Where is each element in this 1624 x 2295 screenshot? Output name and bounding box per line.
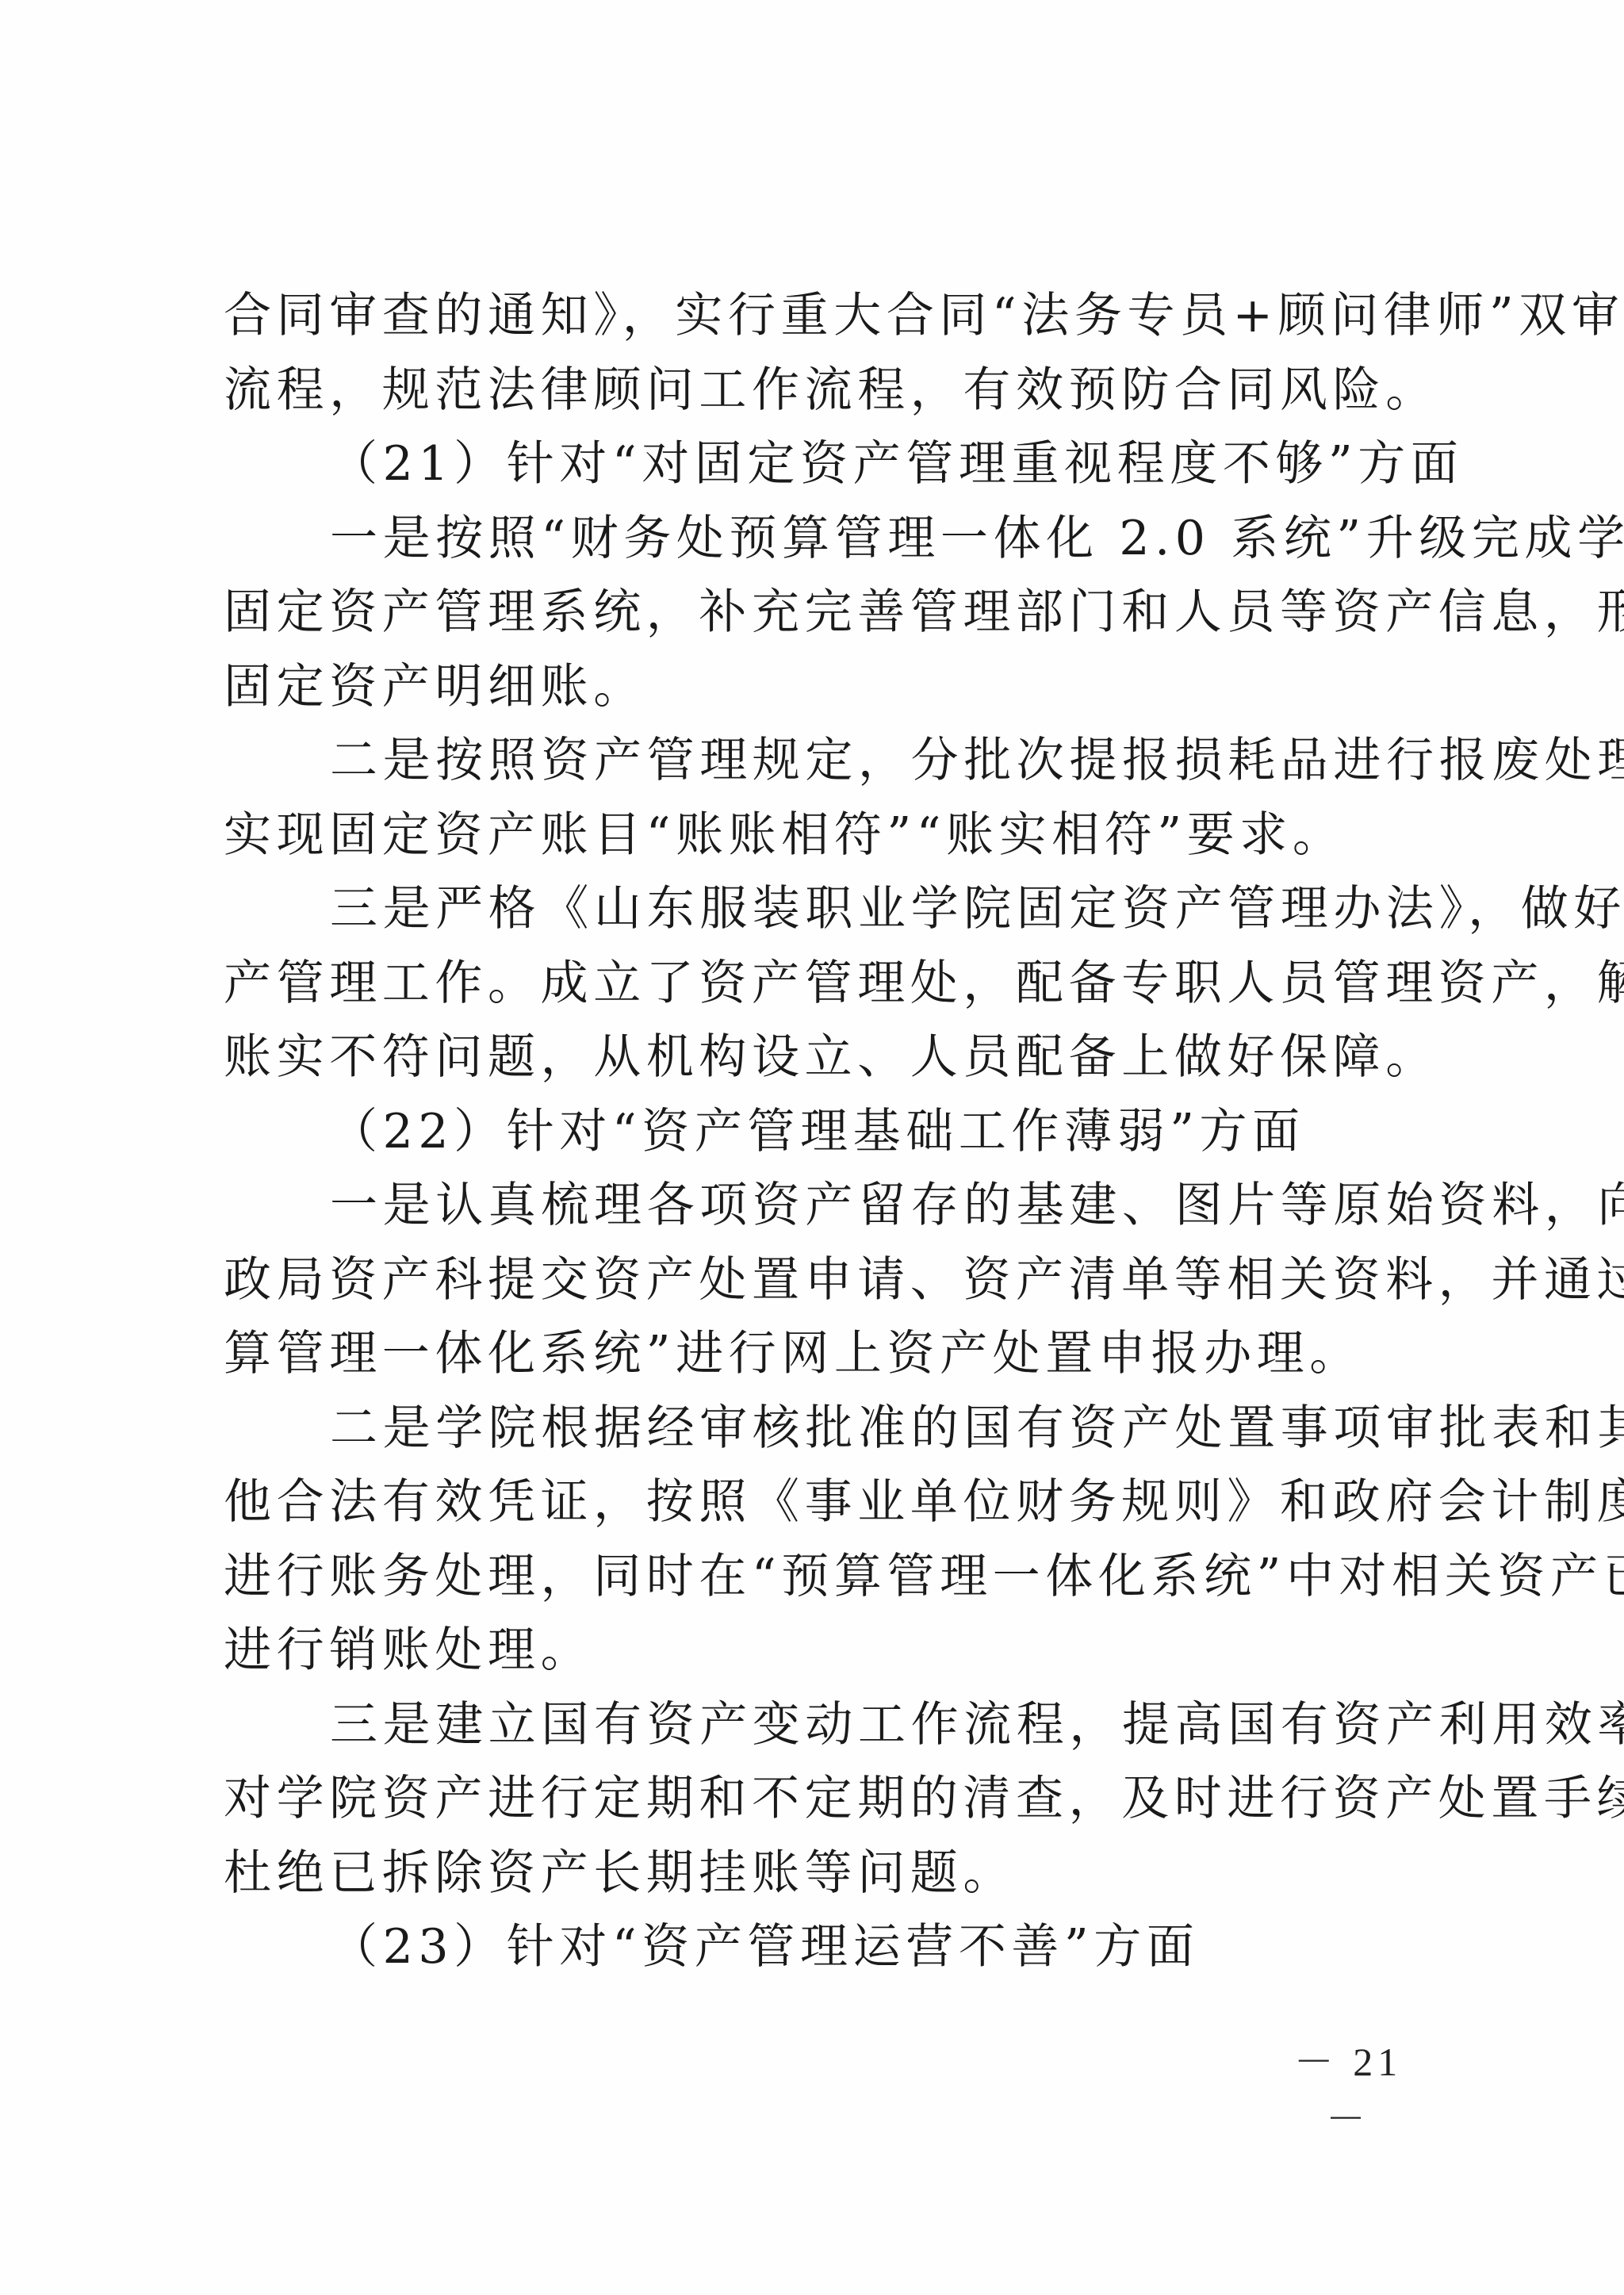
- text-line: 实现固定资产账目“账账相符”“账实相符”要求。: [224, 799, 1405, 873]
- text-line: 进行账务处理，同时在“预算管理一体化系统”中对相关资产已: [224, 1540, 1405, 1615]
- paragraph-start: 三是建立国有资产变动工作流程，提高国有资产利用效率。: [224, 1688, 1405, 1763]
- page-number: － 21 －: [1277, 2030, 1419, 2144]
- text-line: 固定资产明细账。: [224, 650, 1405, 725]
- text-line: 政局资产科提交资产处置申请、资产清单等相关资料，并通过“预: [224, 1243, 1405, 1318]
- text-line: 杜绝已拆除资产长期挂账等问题。: [224, 1837, 1405, 1911]
- section-heading-23: （23）针对“资产管理运营不善”方面: [224, 1910, 1405, 1985]
- paragraph-start: 三是严格《山东服装职业学院固定资产管理办法》，做好资: [224, 872, 1405, 947]
- paragraph-start: 二是学院根据经审核批准的国有资产处置事项审批表和其: [224, 1392, 1405, 1466]
- paragraph-start: 一是认真梳理各项资产留存的基建、图片等原始资料，向财: [224, 1169, 1405, 1243]
- text-line: 合同审查的通知》，实行重大合同“法务专员+顾问律师”双审: [224, 279, 1405, 354]
- text-line: 固定资产管理系统，补充完善管理部门和人员等资产信息，形成: [224, 576, 1405, 650]
- document-page: 合同审查的通知》，实行重大合同“法务专员+顾问律师”双审 流程，规范法律顾问工作…: [0, 0, 1624, 2295]
- text-line: 流程，规范法律顾问工作流程，有效预防合同风险。: [224, 354, 1405, 428]
- section-heading-22: （22）针对“资产管理基础工作薄弱”方面: [224, 1095, 1405, 1170]
- text-line: 他合法有效凭证，按照《事业单位财务规则》和政府会计制度已: [224, 1466, 1405, 1540]
- paragraph-start: 一是按照“财务处预算管理一体化 2.0 系统”升级完成学院: [224, 502, 1405, 577]
- text-line: 进行销账处理。: [224, 1614, 1405, 1688]
- paragraph-start: 二是按照资产管理规定，分批次提报损耗品进行报废处理，: [224, 724, 1405, 799]
- document-body: 合同审查的通知》，实行重大合同“法务专员+顾问律师”双审 流程，规范法律顾问工作…: [224, 279, 1405, 1985]
- section-heading-21: （21）针对“对固定资产管理重视程度不够”方面: [224, 427, 1405, 502]
- text-line: 对学院资产进行定期和不定期的清查，及时进行资产处置手续，: [224, 1762, 1405, 1837]
- text-line: 账实不符问题，从机构设立、人员配备上做好保障。: [224, 1021, 1405, 1095]
- text-line: 产管理工作。成立了资产管理处，配备专职人员管理资产，解决: [224, 947, 1405, 1021]
- text-line: 算管理一体化系统”进行网上资产处置申报办理。: [224, 1317, 1405, 1392]
